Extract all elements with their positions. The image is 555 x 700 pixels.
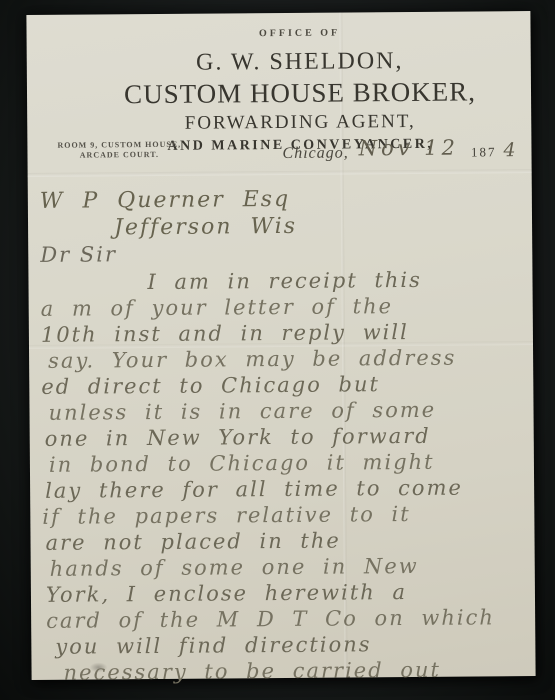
body-line: you will find directions — [43, 631, 529, 661]
role-custom-house-broker: CUSTOM HOUSE BROKER, — [48, 76, 552, 111]
body-line: lay there for all time to come — [42, 475, 528, 505]
recipient-block: W P Querner Esq Jefferson Wis — [40, 185, 526, 243]
body-line: ed direct to Chicago but — [41, 371, 527, 401]
recipient-city: Jefferson Wis — [40, 212, 526, 243]
letter-paper: OFFICE OF G. W. SHELDON, CUSTOM HOUSE BR… — [26, 11, 535, 680]
horizontal-fold-crease-top — [28, 169, 532, 177]
body-line: if the papers relative to it — [42, 501, 528, 531]
photo-backdrop: OFFICE OF G. W. SHELDON, CUSTOM HOUSE BR… — [0, 0, 555, 700]
letterhead: OFFICE OF G. W. SHELDON, CUSTOM HOUSE BR… — [47, 11, 552, 156]
body-line: unless it is in care of some — [41, 397, 527, 427]
body-line: a m of your letter of the — [41, 293, 527, 323]
salutation: Dr Sir — [40, 239, 526, 267]
office-address-line1: ROOM 9, CUSTOM HOUSE, — [57, 140, 181, 151]
city-label: Chicago, — [282, 144, 348, 162]
body-line: say. Your box may be address — [41, 345, 527, 375]
body-line: 10th inst and in reply will — [41, 319, 527, 349]
office-address-line2: ARCADE COURT. — [57, 150, 181, 161]
body-line: card of the M D T Co on which — [43, 605, 529, 635]
body-line: necessary to be carried out — [43, 657, 529, 687]
body-line: I am in receipt this — [40, 267, 526, 297]
role-forwarding-agent: FORWARDING AGENT, — [48, 110, 552, 136]
body-line: York, I enclose herewith a — [43, 579, 529, 609]
body-line: in bond to Chicago it might — [42, 449, 528, 479]
company-name: G. W. SHELDON, — [48, 47, 552, 78]
handwritten-date: Nov 12 — [359, 136, 459, 161]
handwritten-year-digit: 4 — [503, 139, 515, 161]
office-address: ROOM 9, CUSTOM HOUSE, ARCADE COURT. — [57, 140, 181, 161]
recipient-name: W P Querner Esq — [40, 185, 526, 216]
body-line: are not placed in the — [42, 527, 528, 557]
body-line: one in New York to forward — [42, 423, 528, 453]
letter-body: I am in receipt this a m of your letter … — [40, 267, 529, 687]
office-of-label: OFFICE OF — [48, 26, 552, 41]
date-line: Chicago, Nov 12 187 4 — [282, 137, 515, 163]
body-line: hands of some one in New — [43, 553, 529, 583]
printed-year-prefix: 187 — [471, 144, 497, 159]
